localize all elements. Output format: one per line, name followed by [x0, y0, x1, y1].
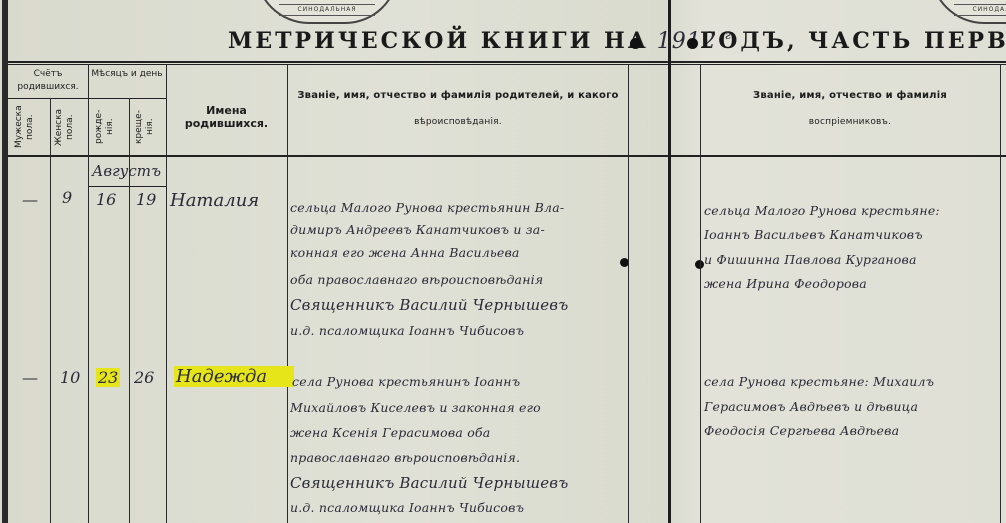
seal-emblem-left: СИНОДАЛЬНАЯ — [255, 0, 399, 24]
title-left-text: МЕТРИЧЕСКОЙ КНИГИ НА — [228, 28, 649, 54]
child-name-highlighted: Надежда — [174, 366, 294, 387]
col-divider — [1000, 64, 1001, 523]
godparents-line: жена Ирина Феодорова — [704, 276, 867, 291]
psalmist-signature: и.д. псаломщика Iоаннъ Чибисовъ — [290, 323, 524, 338]
header-date-group: Мѣсяцъ и день — [88, 68, 166, 81]
header-count-male: Мужеска пола. — [14, 102, 46, 152]
birth-day-highlighted: 23 — [96, 368, 120, 387]
punch-hole — [630, 38, 641, 49]
count-subheader-rule — [8, 98, 88, 99]
godparents-line: сельца Малого Рунова крестьяне: — [704, 203, 940, 218]
godparents-line: и Фишинна Павлова Курганова — [704, 252, 917, 267]
seal-ribbon: СИНОДАЛЬНАЯ — [279, 4, 375, 16]
date-subheader-rule — [88, 98, 166, 99]
godparents-line: Феодосія Сергѣева Авдѣева — [704, 423, 899, 438]
punch-hole — [687, 38, 698, 49]
month-label: Августъ — [92, 162, 161, 180]
month-underline — [88, 186, 166, 187]
header-date-baptism: креще-нія. — [134, 102, 162, 152]
header-top-rule-thin — [8, 64, 668, 65]
parents-line: православнаго вѣроисповѣданія. — [290, 450, 520, 465]
birth-day: 16 — [96, 190, 116, 209]
child-name: Наталия — [170, 190, 259, 211]
baptism-day: 19 — [136, 190, 156, 209]
count-female: 10 — [60, 368, 80, 387]
priest-signature: Священникъ Василий Чернышевъ — [290, 474, 568, 492]
parents-line: димиръ Андреевъ Канатчиковъ и за- — [290, 222, 545, 237]
header-bottom-rule — [671, 155, 1006, 157]
col-divider — [628, 64, 629, 523]
parents-line: села Рунова крестьянинъ Iоаннъ — [292, 374, 520, 389]
page-title-right: ГОДЪ, ЧАСТЬ ПЕРВАЯ, О — [700, 28, 1006, 54]
count-male: — — [22, 190, 38, 209]
col-divider — [166, 64, 167, 523]
parents-line: конная его жена Анна Васильева — [290, 245, 520, 260]
seal-ribbon: СИНОДАЛЬНАЯ — [954, 4, 1006, 16]
parents-line: жена Ксенія Герасимова оба — [290, 425, 490, 440]
header-top-rule-thin — [671, 64, 1006, 65]
parents-line: оба православнаго вѣроисповѣданія — [290, 272, 543, 287]
header-top-rule — [671, 61, 1006, 63]
godparents-line: села Рунова крестьяне: Михаилъ — [704, 374, 934, 389]
header-parents-line1: Званіе, имя, отчество и фамилія родителе… — [290, 83, 626, 109]
baptism-day: 26 — [134, 368, 154, 387]
godparents-line: Iоаннъ Васильевъ Канатчиковъ — [704, 227, 923, 242]
document-page: СИНОДАЛЬНАЯ СИНОДАЛЬНАЯ МЕТРИЧЕСКОЙ КНИГ… — [0, 0, 1006, 523]
header-godparents-line1: Званіе, имя, отчество и фамилія — [700, 83, 1000, 109]
header-bottom-rule — [8, 155, 668, 157]
book-spine — [668, 0, 671, 523]
parents-line: Михайловъ Киселевъ и законная его — [290, 400, 541, 415]
psalmist-signature: и.д. псаломщика Iоаннъ Чибисовъ — [290, 500, 524, 515]
count-male: — — [22, 368, 38, 387]
col-divider — [50, 98, 51, 523]
col-divider — [287, 64, 288, 523]
godparents-line: Герасимовъ Авдѣевъ и дѣвица — [704, 399, 918, 414]
header-count-group: Счётъ родившихся. — [8, 68, 88, 94]
parents-line: сельца Малого Рунова крестьянин Вла- — [290, 200, 564, 215]
seal-emblem-right: СИНОДАЛЬНАЯ — [930, 0, 1006, 24]
header-godparents-line2: воспріемниковъ. — [700, 109, 1000, 135]
header-names: Имена родившихся. — [166, 104, 287, 130]
header-parents-line2: вѣроисповѣданія. — [290, 109, 626, 135]
count-female: 9 — [62, 188, 72, 207]
page-title-left: МЕТРИЧЕСКОЙ КНИГИ НА1912г. — [228, 28, 737, 54]
header-date-birth: рожде-нія. — [94, 102, 124, 152]
priest-signature: Священникъ Василий Чернышевъ — [290, 296, 568, 314]
header-count-female: Женска пола. — [54, 102, 86, 152]
header-top-rule — [8, 61, 668, 63]
col-divider — [88, 64, 89, 523]
